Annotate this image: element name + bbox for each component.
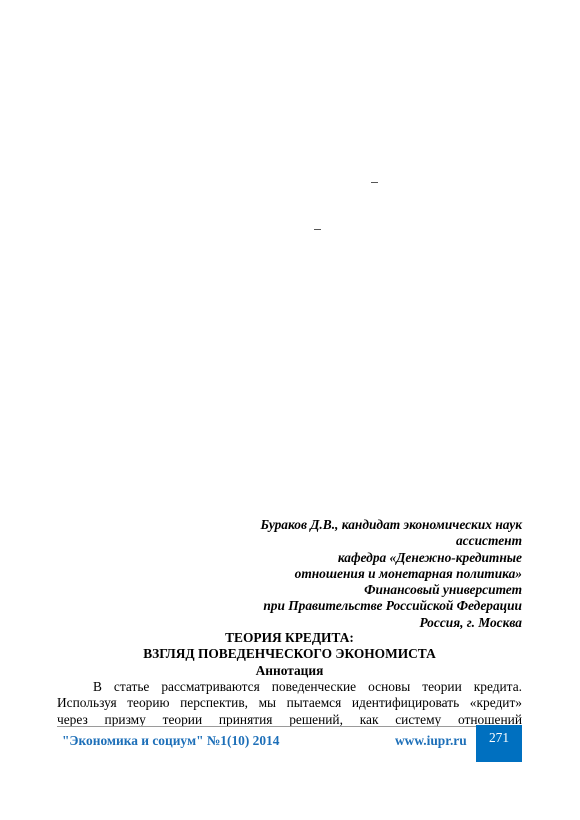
abstract-text: В статье рассматриваются поведенческие о… — [57, 679, 522, 728]
footer-website-link[interactable]: www.iupr.ru — [395, 733, 467, 749]
article-title-line-1: ТЕОРИЯ КРЕДИТА: — [57, 630, 522, 646]
page-number: 271 — [489, 730, 509, 745]
author-position-line: ассистент — [200, 533, 522, 549]
footer-divider — [57, 726, 477, 727]
abstract-line: Используя теорию перспектив, мы пытаемся… — [57, 695, 522, 711]
footer-journal-title: "Экономика и социум" №1(10) 2014 — [62, 733, 279, 749]
department-line-continued: отношения и монетарная политика» — [200, 566, 522, 582]
author-name-line: Бураков Д.В., кандидат экономических нау… — [200, 517, 522, 533]
department-line: кафедра «Денежно-кредитные — [200, 550, 522, 566]
abstract-heading: Аннотация — [57, 663, 522, 679]
page-number-badge: 271 — [476, 725, 522, 762]
author-affiliation-block: Бураков Д.В., кандидат экономических нау… — [200, 517, 522, 631]
location-line: Россия, г. Москва — [200, 615, 522, 631]
article-title-line-2: ВЗГЛЯД ПОВЕДЕНЧЕСКОГО ЭКОНОМИСТА — [57, 646, 522, 662]
university-line: Финансовый университет — [200, 582, 522, 598]
university-line-continued: при Правительстве Российской Федерации — [200, 598, 522, 614]
dash-mark — [371, 182, 378, 183]
abstract-line: В статье рассматриваются поведенческие о… — [57, 679, 522, 695]
dash-mark — [314, 229, 321, 230]
article-title-block: ТЕОРИЯ КРЕДИТА: ВЗГЛЯД ПОВЕДЕНЧЕСКОГО ЭК… — [57, 630, 522, 679]
